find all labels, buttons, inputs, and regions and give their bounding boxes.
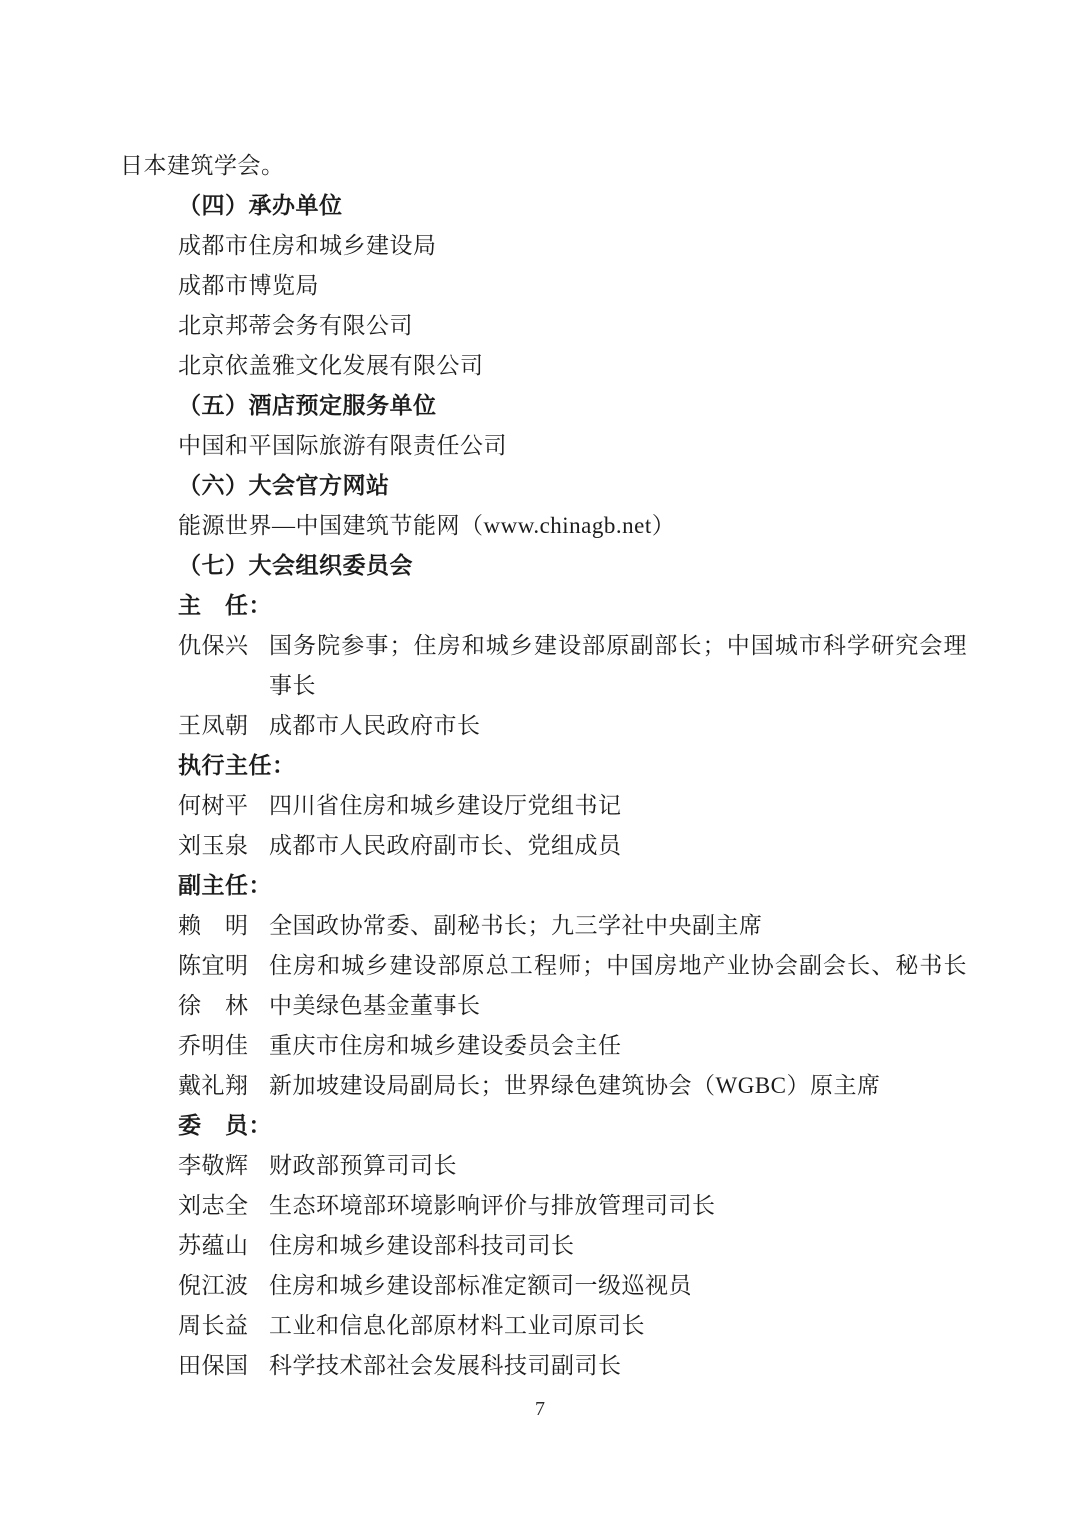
member-name: 陈宜明	[178, 947, 269, 980]
committee-member-row: 苏蕴山住房和城乡建设部科技司司长	[0, 1223, 1080, 1263]
member-title: 国务院参事；住房和城乡建设部原副部长；中国城市科学研究会理	[269, 627, 967, 660]
text-line: 日本建筑学会。	[0, 143, 1080, 183]
member-name: 刘玉泉	[178, 827, 269, 860]
committee-member-row: 王凤朝成都市人民政府市长	[0, 703, 1080, 743]
member-title: 科学技术部社会发展科技司副司长	[269, 1347, 622, 1380]
member-name: 李敬辉	[178, 1147, 269, 1180]
section-heading: （四）承办单位	[0, 183, 1080, 223]
committee-member-row: 田保国科学技术部社会发展科技司副司长	[0, 1343, 1080, 1383]
member-title: 财政部预算司司长	[269, 1147, 457, 1180]
committee-member-row: 何树平四川省住房和城乡建设厅党组书记	[0, 783, 1080, 823]
member-name: 戴礼翔	[178, 1067, 269, 1100]
member-title: 住房和城乡建设部原总工程师；中国房地产业协会副会长、秘书长	[269, 947, 967, 980]
member-name: 仇保兴	[178, 627, 269, 660]
member-title: 住房和城乡建设部科技司司长	[269, 1227, 575, 1260]
committee-member-row: 戴礼翔新加坡建设局副局长；世界绿色建筑协会（WGBC）原主席	[0, 1063, 1080, 1103]
section-heading: 执行主任：	[0, 743, 1080, 783]
member-name: 周长益	[178, 1307, 269, 1340]
text-line: 北京依盖雅文化发展有限公司	[0, 343, 1080, 383]
text-line: 北京邦蒂会务有限公司	[0, 303, 1080, 343]
committee-member-row: 徐 林中美绿色基金董事长	[0, 983, 1080, 1023]
committee-member-row: 乔明佳重庆市住房和城乡建设委员会主任	[0, 1023, 1080, 1063]
member-name: 苏蕴山	[178, 1227, 269, 1260]
committee-member-row: 陈宜明住房和城乡建设部原总工程师；中国房地产业协会副会长、秘书长	[0, 943, 1080, 983]
committee-member-row: 刘玉泉成都市人民政府副市长、党组成员	[0, 823, 1080, 863]
section-heading: 委 员：	[0, 1103, 1080, 1143]
member-title: 工业和信息化部原材料工业司原司长	[269, 1307, 645, 1340]
document-page: 日本建筑学会。（四）承办单位成都市住房和城乡建设局成都市博览局北京邦蒂会务有限公…	[0, 0, 1080, 1527]
member-name: 何树平	[178, 787, 269, 820]
text-line: 成都市博览局	[0, 263, 1080, 303]
section-heading: （七）大会组织委员会	[0, 543, 1080, 583]
member-name: 倪江波	[178, 1267, 269, 1300]
member-title: 中美绿色基金董事长	[269, 987, 481, 1020]
member-title: 成都市人民政府副市长、党组成员	[269, 827, 622, 860]
member-title: 新加坡建设局副局长；世界绿色建筑协会（WGBC）原主席	[269, 1067, 881, 1100]
member-title: 成都市人民政府市长	[269, 707, 481, 740]
member-title: 重庆市住房和城乡建设委员会主任	[269, 1027, 622, 1060]
committee-member-row: 李敬辉财政部预算司司长	[0, 1143, 1080, 1183]
member-title: 住房和城乡建设部标准定额司一级巡视员	[269, 1267, 692, 1300]
section-heading: 主 任：	[0, 583, 1080, 623]
member-name: 乔明佳	[178, 1027, 269, 1060]
text-line: 成都市住房和城乡建设局	[0, 223, 1080, 263]
section-heading: （六）大会官方网站	[0, 463, 1080, 503]
member-name: 王凤朝	[178, 707, 269, 740]
committee-member-row: 周长益工业和信息化部原材料工业司原司长	[0, 1303, 1080, 1343]
wrapped-text-line: 事长	[0, 663, 1080, 703]
member-name: 田保国	[178, 1347, 269, 1380]
committee-member-row: 仇保兴国务院参事；住房和城乡建设部原副部长；中国城市科学研究会理	[0, 623, 1080, 663]
text-line: 中国和平国际旅游有限责任公司	[0, 423, 1080, 463]
member-title: 四川省住房和城乡建设厅党组书记	[269, 787, 622, 820]
section-heading: （五）酒店预定服务单位	[0, 383, 1080, 423]
committee-member-row: 倪江波住房和城乡建设部标准定额司一级巡视员	[0, 1263, 1080, 1303]
member-name: 赖 明	[178, 907, 269, 940]
section-heading: 副主任：	[0, 863, 1080, 903]
text-line: 能源世界—中国建筑节能网（www.chinagb.net）	[0, 503, 1080, 543]
member-name: 刘志全	[178, 1187, 269, 1220]
member-title: 生态环境部环境影响评价与排放管理司司长	[269, 1187, 716, 1220]
member-title: 全国政协常委、副秘书长；九三学社中央副主席	[269, 907, 763, 940]
document-content: 日本建筑学会。（四）承办单位成都市住房和城乡建设局成都市博览局北京邦蒂会务有限公…	[0, 0, 1080, 1383]
committee-member-row: 刘志全生态环境部环境影响评价与排放管理司司长	[0, 1183, 1080, 1223]
member-name: 徐 林	[178, 987, 269, 1020]
page-number: 7	[0, 1398, 1080, 1421]
committee-member-row: 赖 明全国政协常委、副秘书长；九三学社中央副主席	[0, 903, 1080, 943]
